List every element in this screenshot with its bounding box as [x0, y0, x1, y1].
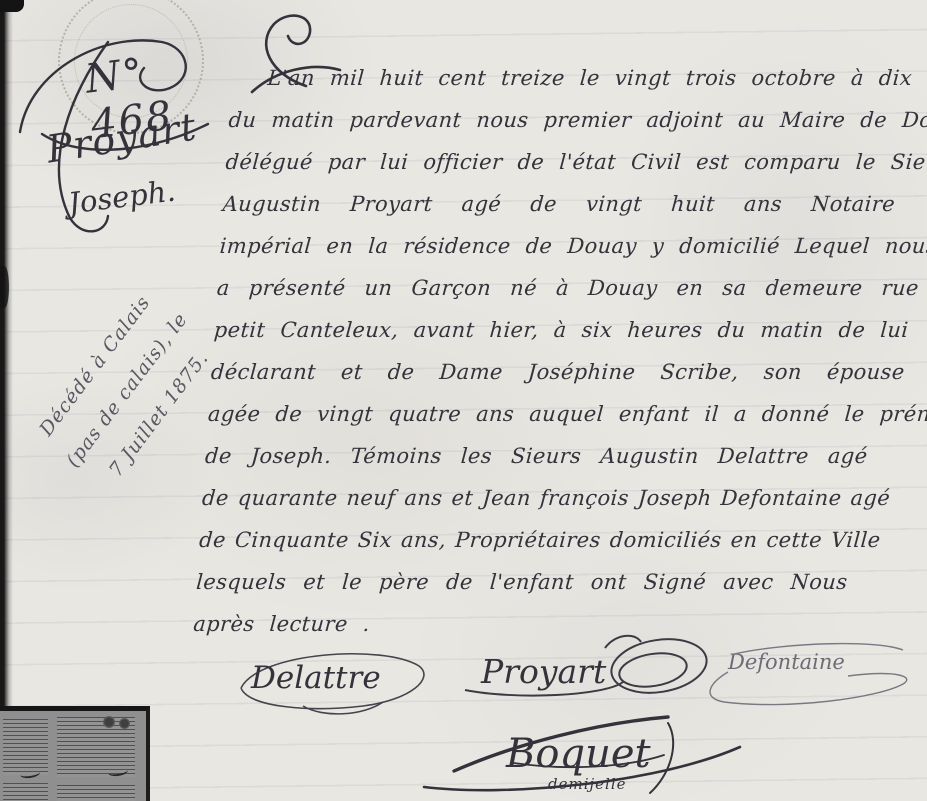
signature-name: Boquet	[506, 731, 651, 777]
edge-ink-blot	[0, 266, 9, 308]
act-line: impérial en la résidence de Douay y domi…	[218, 225, 915, 267]
act-line: Augustin Proyart agé de vingt huit ans N…	[221, 183, 918, 225]
act-line: lesquels et le père de l'enfant ont Sign…	[195, 561, 892, 603]
inset-left-act-text	[3, 719, 48, 775]
margin-given-name: Joseph.	[66, 174, 177, 221]
signature-boquet: Boquet demijelle	[418, 713, 748, 801]
signature-defontaine: Defontaine	[698, 632, 923, 712]
signature-subscript: demijelle	[548, 775, 627, 793]
inset-stamp-icon	[103, 716, 115, 728]
corner-ink-blot	[0, 0, 24, 12]
act-line: de quarante neuf ans et Jean françois Jo…	[201, 477, 898, 519]
act-text-block: L'an mil huit cent treize le vingt trois…	[192, 57, 927, 645]
birth-record-scan-page: N° 468 Proyart Joseph. Décédé à Calais (…	[0, 0, 927, 801]
inset-right-next-act	[57, 785, 135, 801]
act-line: petit Canteleux, avant hier, à six heure…	[212, 309, 909, 351]
signature-name: Delattre	[251, 660, 381, 696]
signature-name: Defontaine	[728, 650, 845, 674]
binding-edge-shadow	[0, 0, 13, 801]
inset-stamp-icon	[119, 718, 130, 729]
act-line: L'an mil huit cent treize le vingt trois…	[230, 57, 927, 99]
act-line: de Joseph. Témoins les Sieurs Augustin D…	[204, 435, 901, 477]
signature-proyart: Proyart	[455, 630, 715, 715]
act-line: délégué par lui officier de l'état Civil…	[224, 141, 921, 183]
act-line: de Cinquante Six ans, Propriétaires domi…	[198, 519, 895, 561]
signature-name: Proyart	[481, 652, 606, 691]
register-overview-inset	[0, 706, 150, 801]
act-line: du matin pardevant nous premier adjoint …	[227, 99, 924, 141]
act-line: a présenté un Garçon né à Douay en sa de…	[215, 267, 912, 309]
signature-delattre: Delattre	[233, 642, 443, 720]
inset-left-next-act	[3, 783, 48, 801]
act-line: déclarant et de Dame Joséphine Scribe, s…	[210, 351, 907, 393]
act-line: agée de vingt quatre ans auquel enfant i…	[207, 393, 904, 435]
